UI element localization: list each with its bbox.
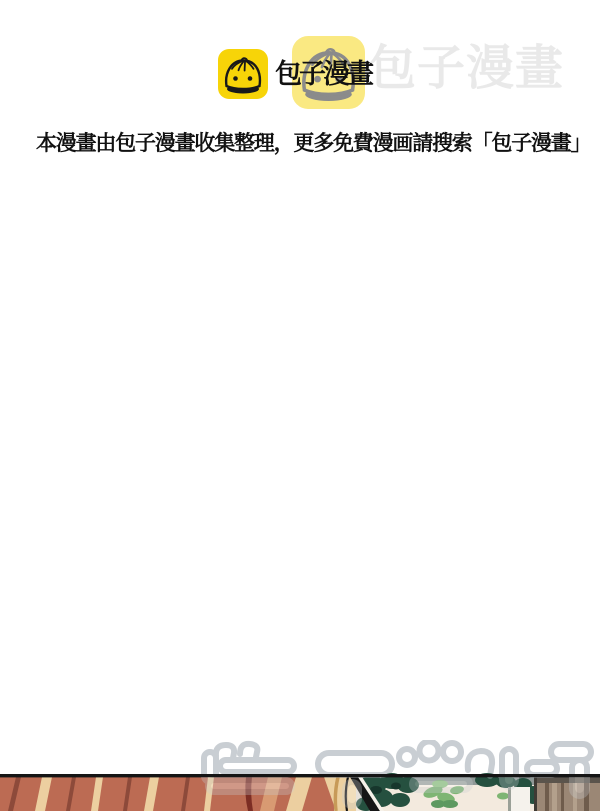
manga-reader-page: 包子漫畫 包子漫畫 本漫畫由包子漫畫收集整理，更多免費漫画請搜索「包子漫畫」 [0, 0, 600, 811]
brand-watermark-text: 包子漫畫 [368, 45, 564, 93]
comic-panel-strip [0, 740, 600, 811]
trunk-art [534, 777, 600, 811]
baozi-app-icon [218, 49, 268, 99]
collection-notice-text: 本漫畫由包子漫畫收集整理，更多免費漫画請搜索「包子漫畫」 [36, 131, 590, 156]
panel-border [0, 774, 600, 777]
brand-logo-text: 包子漫畫 [275, 61, 371, 88]
